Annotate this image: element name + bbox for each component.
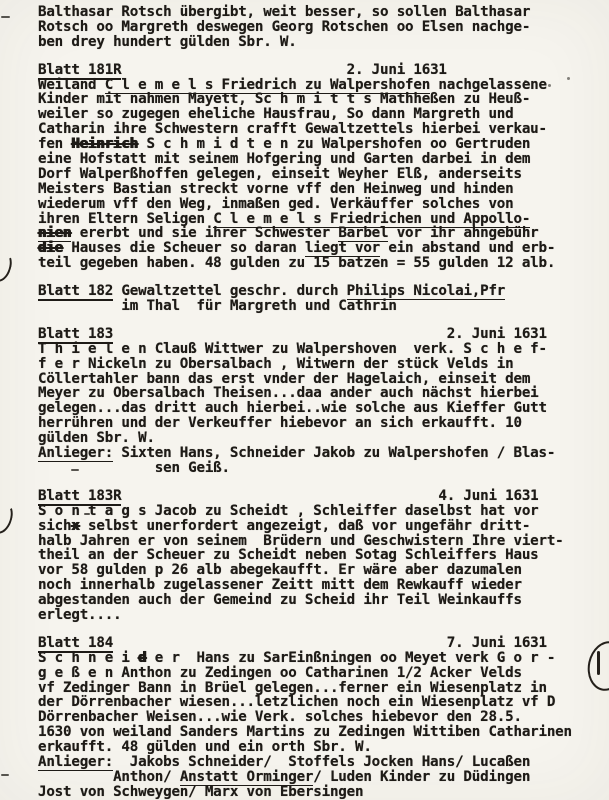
- text-segment: sich: [38, 518, 71, 534]
- text-segment: Balthasar Rotsch übergibt, weit besser, …: [38, 4, 530, 20]
- text-line: Jost von Schweygen/ Marx von Ebersingen: [38, 785, 609, 800]
- text-segment: ein abstand und erb-: [380, 240, 555, 256]
- text-line: erkaufft. 48 gülden und ein orth Sbr. W.: [38, 740, 609, 755]
- text-line: fen Heinrich S c h m i d t e n zu Walper…: [38, 137, 609, 152]
- entry-blatt-182: Blatt 182 Gewaltzettel geschr. durch Phi…: [38, 284, 609, 314]
- entry-date: 2. Juni 1631: [447, 326, 547, 342]
- text-segment: Catharin ihre Schwestern crafft Gewaltze…: [38, 121, 547, 137]
- text-segment: x: [71, 518, 79, 534]
- text-segment: eine Hofstatt mit seinem Hofgering und G…: [38, 151, 530, 167]
- text-line: sen Geiß.: [38, 461, 609, 476]
- text-segment: [113, 326, 447, 342]
- handwritten-arc-mark: [0, 500, 16, 537]
- text-line: sichx selbst unerfordert angezeigt, daß …: [38, 519, 609, 534]
- entry-blatt-183r: Blatt 183R 4. Juni 1631S o n t a g s Jac…: [38, 489, 609, 623]
- entry-date: 2. Juni 1631: [347, 62, 447, 78]
- handwritten-arc-mark: [0, 250, 15, 284]
- text-line: theil an der Scheuer zu Scheidt neben So…: [38, 548, 609, 563]
- text-segment: die: [38, 240, 63, 256]
- text-line: Balthasar Rotsch übergibt, weit besser, …: [38, 5, 609, 20]
- text-line: Anlieger: Sixten Hans, Schneider Jakob z…: [38, 446, 609, 461]
- text-line: Dörrenbacher Weisen...wie Verk. solches …: [38, 710, 609, 725]
- text-line: teil gegeben haben. 48 gulden zu 15 batz…: [38, 256, 609, 271]
- text-segment: e r Hans zu SarEinßningen oo Meyet verk …: [146, 650, 555, 666]
- text-line: S c h n e i d e r Hans zu SarEinßningen …: [38, 651, 609, 666]
- text-line: 1630 von weiland Sanders Martins zu Zedi…: [38, 725, 609, 740]
- text-segment: erkaufft. 48 gülden und ein orth Sbr. W.: [38, 739, 372, 755]
- text-segment: abgestanden auch der Gemeind zu Scheid i…: [38, 592, 522, 608]
- text-segment: erlegt....: [38, 607, 121, 623]
- text-segment: fen: [38, 136, 71, 152]
- text-line: erlegt....: [38, 608, 609, 623]
- text-segment: [113, 635, 447, 651]
- text-segment: im Thal für Margreth und Cathrin: [38, 298, 397, 314]
- text-segment: Marx von Ebersingen: [205, 784, 364, 800]
- text-segment: [121, 488, 438, 504]
- text-line: herrühren und der Verkeuffer hiebevor an…: [38, 416, 609, 431]
- text-line: g e ß e n Anthon zu Zedingen oo Catharin…: [38, 666, 609, 681]
- text-segment: theil an der Scheuer zu Scheidt neben So…: [38, 547, 539, 563]
- text-line: abgestanden auch der Gemeind zu Scheid i…: [38, 593, 609, 608]
- text-line: Catharin ihre Schwestern crafft Gewaltze…: [38, 122, 609, 137]
- handwritten-dash-mark: [1, 16, 10, 18]
- text-segment: vor 58 gulden p 26 alb abegekaufft. Er w…: [38, 562, 522, 578]
- text-segment: sen Geiß.: [38, 460, 230, 476]
- text-line: Anlieger: Jakobs Schneider/ Stoffels Joc…: [38, 755, 609, 770]
- text-line: T h i e l e n Clauß Wittwer zu Walpersho…: [38, 342, 609, 357]
- text-line: f e r Nickeln zu Obersalbach , Witwern d…: [38, 357, 609, 372]
- text-segment: Gewaltzettel geschr. durch: [121, 283, 346, 299]
- text-line: S o n t a g s Jacob zu Scheidt , Schleif…: [38, 504, 609, 519]
- text-segment: 1630 von weiland Sanders Martins zu Zedi…: [38, 724, 572, 740]
- text-segment: herrühren und der Verkeuffer hiebevor an…: [38, 415, 522, 431]
- text-line: weiler so zugegen eheliche Hausfrau, So …: [38, 107, 609, 122]
- text-segment: Dörrenbacher Weisen...wie Verk. solches …: [38, 709, 522, 725]
- text-segment: S c h n e i: [38, 650, 138, 666]
- text-line: Blatt 182 Gewaltzettel geschr. durch Phi…: [38, 284, 609, 299]
- text-segment: teil gegeben haben. 48 gulden zu 15 batz…: [38, 255, 555, 271]
- text-line: Blatt 183R 4. Juni 1631: [38, 489, 609, 504]
- text-segment: T h i e l e n Clauß Wittwer zu Walpersho…: [38, 341, 547, 357]
- text-segment: selbst unerfordert angezeigt, daß vor un…: [80, 518, 530, 534]
- text-line: Blatt 183 2. Juni 1631: [38, 327, 609, 342]
- text-segment: Jakobs Schneider/ Stoffels Jocken Hans/ …: [113, 754, 530, 770]
- text-segment: Jost von Schweygen/: [38, 784, 205, 800]
- text-line: Blatt 181R 2. Juni 1631: [38, 63, 609, 78]
- text-line: Anthon/ Anstatt Orminger/ Luden Kinder z…: [38, 770, 609, 785]
- text-line: noch innerhalb zugelassener Zeitt mitt d…: [38, 578, 609, 593]
- text-line: Rotsch oo Margreth deswegen Georg Rotsch…: [38, 20, 609, 35]
- text-segment: Hauses die Scheuer so daran: [63, 240, 305, 256]
- entry-date: 7. Juni 1631: [447, 635, 547, 651]
- text-line: vor 58 gulden p 26 alb abegekaufft. Er w…: [38, 563, 609, 578]
- text-segment: noch innerhalb zugelassener Zeitt mitt d…: [38, 577, 522, 593]
- text-segment: g e ß e n Anthon zu Zedingen oo Catharin…: [38, 665, 522, 681]
- text-segment: weiler so zugegen eheliche Hausfrau, So …: [38, 106, 513, 122]
- text-line: eine Hofstatt mit seinem Hofgering und G…: [38, 152, 609, 167]
- text-segment: der Dörrenbacher wiesen...letzlichen noc…: [38, 694, 555, 710]
- text-segment: / Luden Kinder zu Düdingen: [313, 769, 530, 785]
- text-line: ben drey hundert gülden Sbr. W.: [38, 35, 609, 50]
- text-segment: [121, 62, 346, 78]
- text-segment: Sixten Hans, Schneider Jakob zu Walpersh…: [113, 445, 555, 461]
- text-line: Blatt 184 7. Juni 1631: [38, 636, 609, 651]
- text-segment: S o n t a g s Jacob zu Scheidt , Schleif…: [38, 503, 539, 519]
- text-segment: S c h m i d t e n zu Walpershofen oo Ger…: [138, 136, 530, 152]
- entry-blatt-183: Blatt 183 2. Juni 1631T h i e l e n Clau…: [38, 327, 609, 476]
- text-line: wiederum vff den Weg, inmaßen ged. Verkä…: [38, 197, 609, 212]
- text-segment: ben drey hundert gülden Sbr. W.: [38, 34, 297, 50]
- intro-paragraph: Balthasar Rotsch übergibt, weit besser, …: [38, 5, 609, 50]
- handwritten-dash-mark: [1, 774, 9, 776]
- entry-date: 4. Juni 1631: [438, 488, 538, 504]
- text-line: Meisters Bastian streckt vorne vff den H…: [38, 182, 609, 197]
- entry-blatt-184: Blatt 184 7. Juni 1631S c h n e i d e r …: [38, 636, 609, 800]
- text-segment: Rotsch oo Margreth deswegen Georg Rotsch…: [38, 19, 530, 35]
- text-segment: Dorf Walperßhoffen gelegen, einseit Weyh…: [38, 166, 522, 182]
- text-segment: wiederum vff den Weg, inmaßen ged. Verkä…: [38, 196, 513, 212]
- text-segment: gülden Sbr. W.: [38, 430, 155, 446]
- text-line: im Thal für Margreth und Cathrin: [38, 299, 609, 314]
- text-line: gülden Sbr. W.: [38, 431, 609, 446]
- scanned-page: Balthasar Rotsch übergibt, weit besser, …: [0, 0, 609, 800]
- text-segment: gelegen...das dritt auch hierbei..wie so…: [38, 400, 547, 416]
- text-segment: f e r Nickeln zu Obersalbach , Witwern d…: [38, 356, 513, 372]
- text-line: Dorf Walperßhoffen gelegen, einseit Weyh…: [38, 167, 609, 182]
- entry-blatt-181r: Blatt 181R 2. Juni 1631Weiland C l e m e…: [38, 63, 609, 271]
- text-segment: Anthon/: [38, 769, 180, 785]
- text-segment: Meisters Bastian streckt vorne vff den H…: [38, 181, 513, 197]
- text-segment: Heinrich: [71, 136, 138, 152]
